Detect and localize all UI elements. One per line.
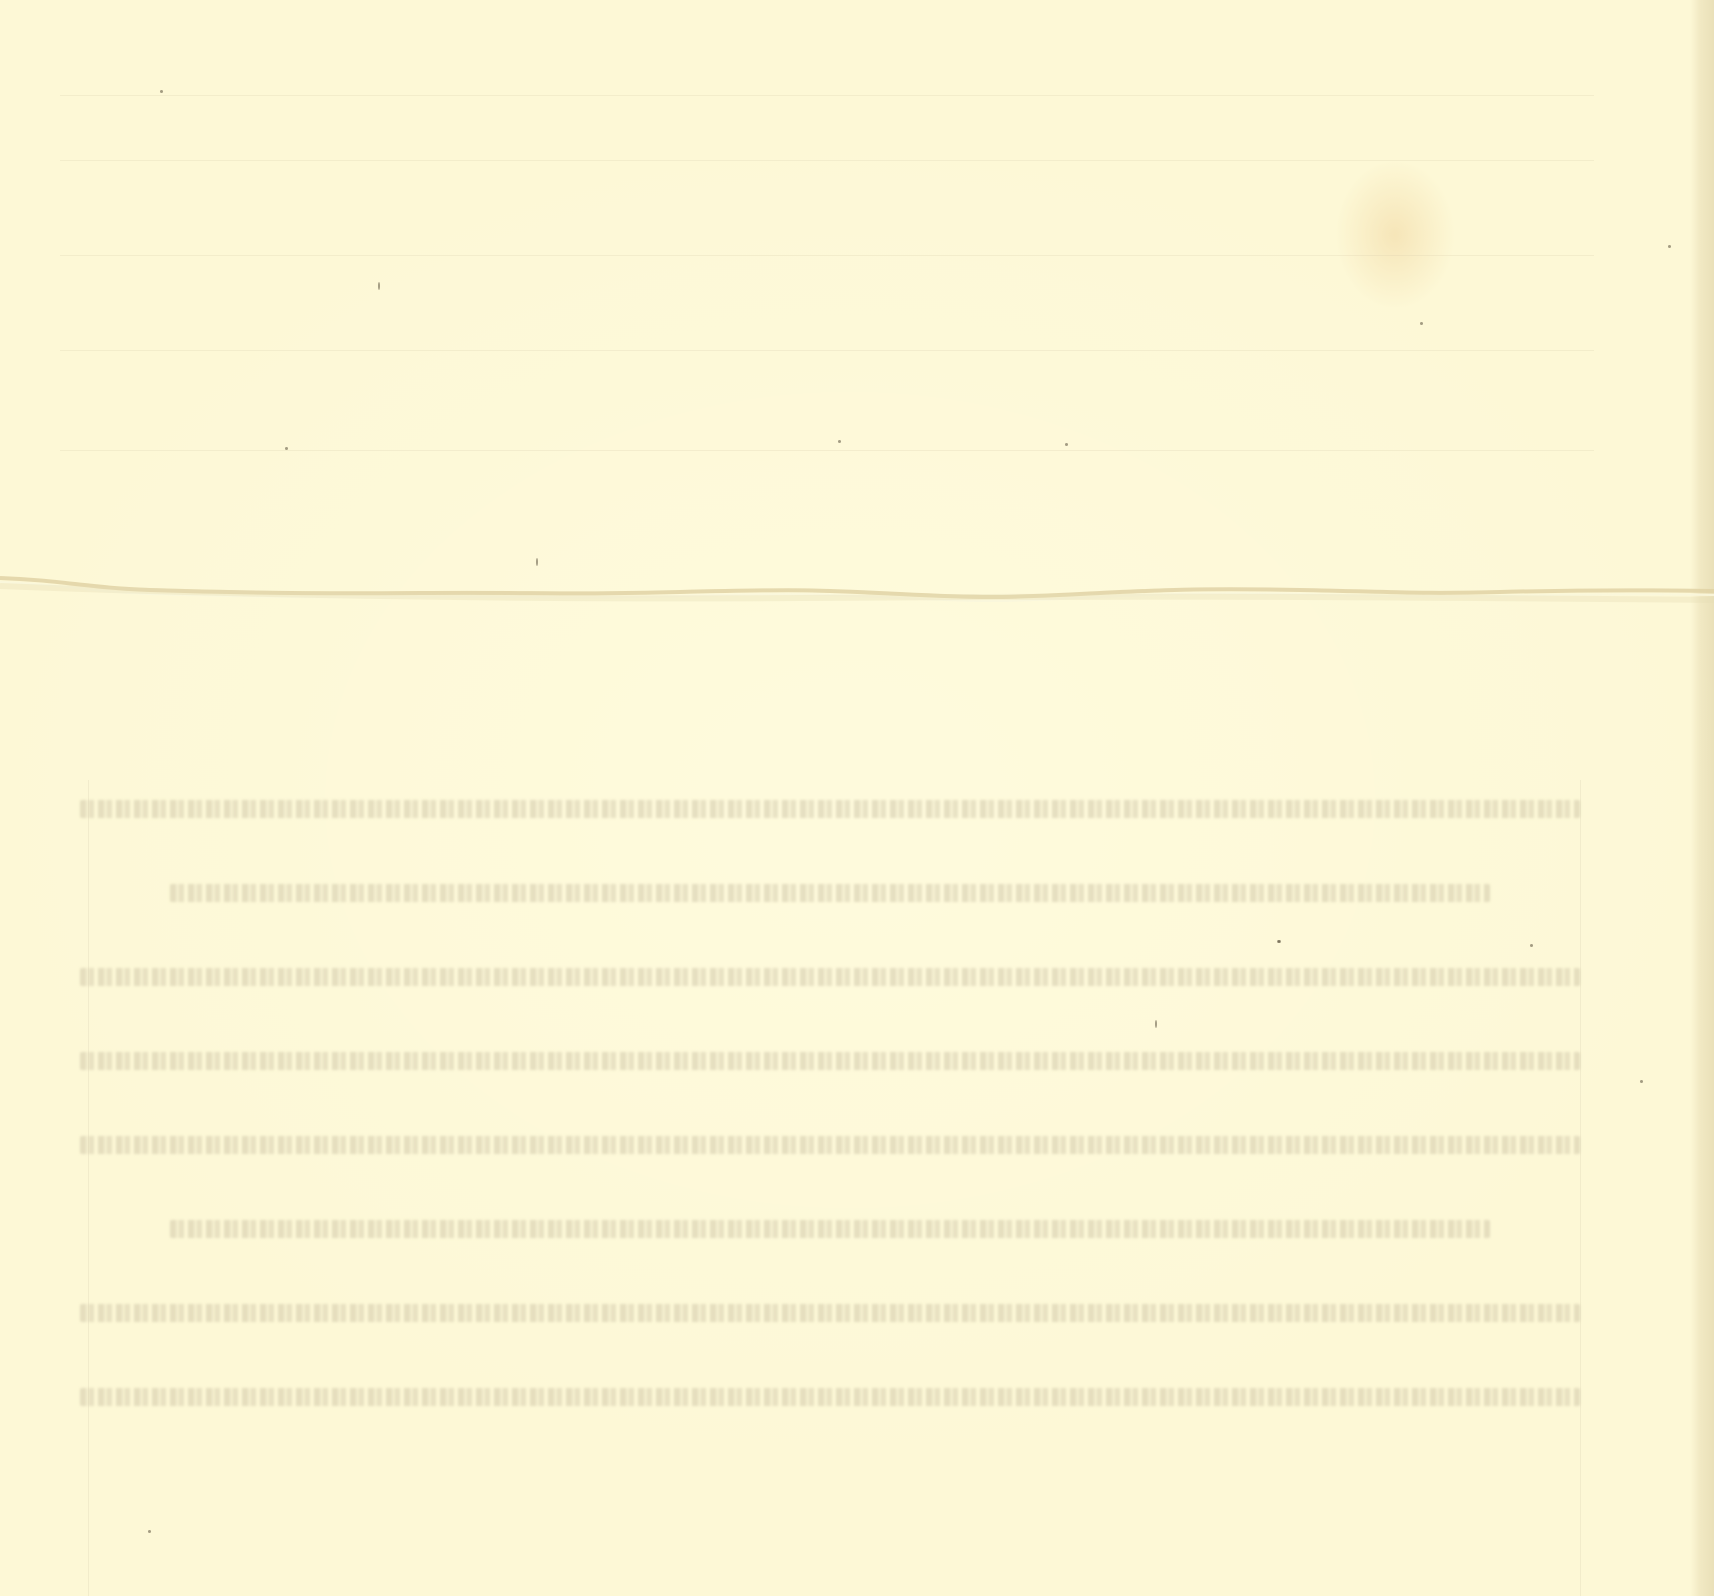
ruled-line <box>60 450 1594 451</box>
dirt-speck <box>378 282 380 290</box>
ghost-text-line <box>80 1388 1580 1406</box>
ruled-line <box>60 95 1594 96</box>
margin-line <box>1580 780 1581 1596</box>
dirt-speck <box>148 1530 151 1533</box>
dirt-speck <box>1530 944 1533 947</box>
ghost-text-line <box>80 800 1580 818</box>
ghost-text-line <box>80 1304 1580 1322</box>
dirt-speck <box>285 447 288 450</box>
dirt-speck <box>160 90 163 93</box>
dirt-speck <box>1278 940 1281 943</box>
ghost-text-line <box>80 1136 1580 1154</box>
dirt-speck <box>536 558 538 566</box>
ruled-line <box>60 350 1594 351</box>
dirt-speck <box>1065 443 1068 446</box>
ghost-text-line <box>80 968 1580 986</box>
ghost-text-line <box>80 1052 1580 1070</box>
dirt-speck <box>838 440 841 443</box>
dirt-speck <box>1668 245 1671 248</box>
dirt-speck <box>1420 322 1423 325</box>
dirt-speck <box>1640 1080 1643 1083</box>
bleed-through-text: show-through text from reverse side <box>80 800 1580 1472</box>
fold-crease <box>0 560 1714 620</box>
manuscript-page: scanned manuscript page (blank recto wit… <box>0 0 1714 1596</box>
ghost-text-line <box>170 884 1490 902</box>
ghost-text-line <box>170 1220 1490 1238</box>
foxing-stain: foxing stain <box>1335 160 1455 310</box>
dirt-speck <box>1155 1020 1157 1028</box>
